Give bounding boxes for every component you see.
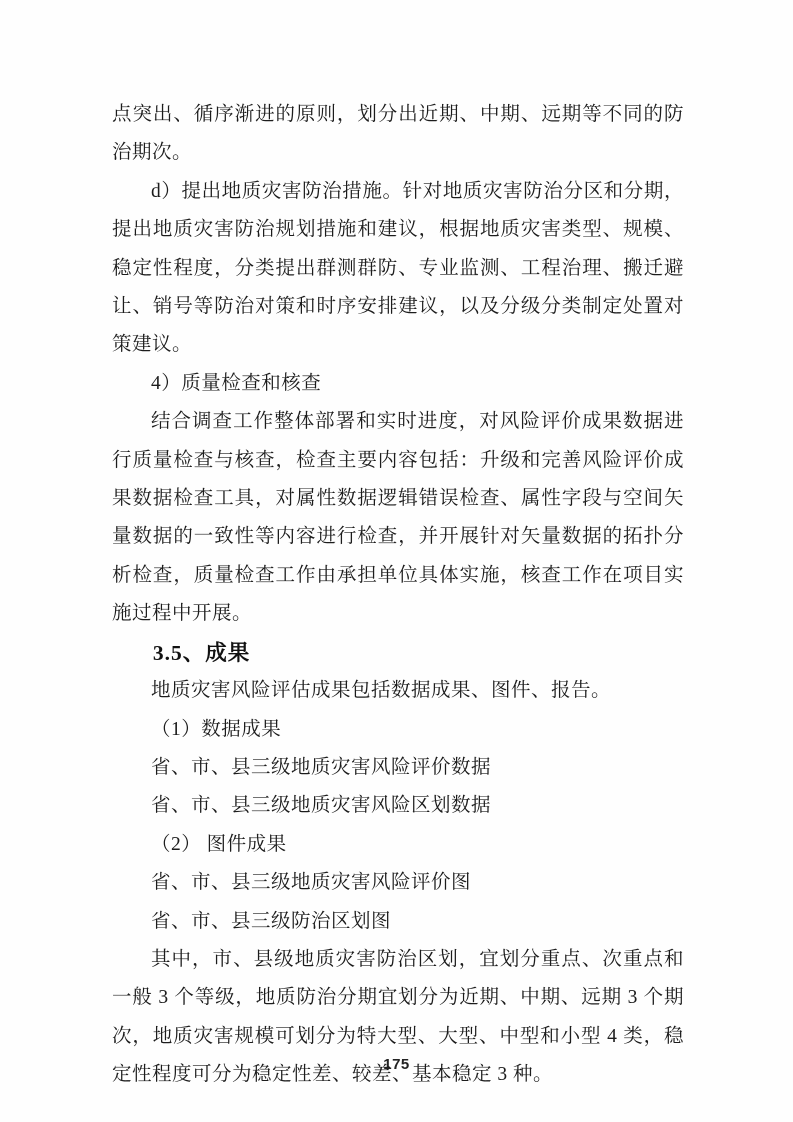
page-number: 175 — [383, 1056, 410, 1073]
paragraph-map-results-label: （2） 图件成果 — [112, 826, 684, 864]
page-content: 点突出、循序渐进的原则，划分出近期、中期、远期等不同的防治期次。 d）提出地质灾… — [112, 96, 684, 1095]
paragraph-results-intro: 地质灾害风险评估成果包括数据成果、图件、报告。 — [112, 672, 684, 710]
page-footer: 175 — [0, 1056, 793, 1074]
paragraph-risk-evaluation-map: 省、市、县三级地质灾害风险评价图 — [112, 864, 684, 902]
paragraph-prevention-zoning-map: 省、市、县三级防治区划图 — [112, 903, 684, 941]
paragraph-continuation: 点突出、循序渐进的原则，划分出近期、中期、远期等不同的防治期次。 — [112, 96, 684, 173]
paragraph-quality-check-title: 4）质量检查和核查 — [112, 365, 684, 403]
paragraph-measures-d: d）提出地质灾害防治措施。针对地质灾害防治分区和分期，提出地质灾害防治规划措施和… — [112, 173, 684, 365]
section-heading-3-5: 3.5、成果 — [112, 634, 684, 672]
paragraph-quality-check-body: 结合调查工作整体部署和实时进度，对风险评价成果数据进行质量检查与核查，检查主要内… — [112, 403, 684, 633]
paragraph-risk-zoning-data: 省、市、县三级地质灾害风险区划数据 — [112, 787, 684, 825]
document-page: 点突出、循序渐进的原则，划分出近期、中期、远期等不同的防治期次。 d）提出地质灾… — [0, 0, 793, 1122]
paragraph-risk-evaluation-data: 省、市、县三级地质灾害风险评价数据 — [112, 749, 684, 787]
paragraph-data-results-label: （1）数据成果 — [112, 711, 684, 749]
